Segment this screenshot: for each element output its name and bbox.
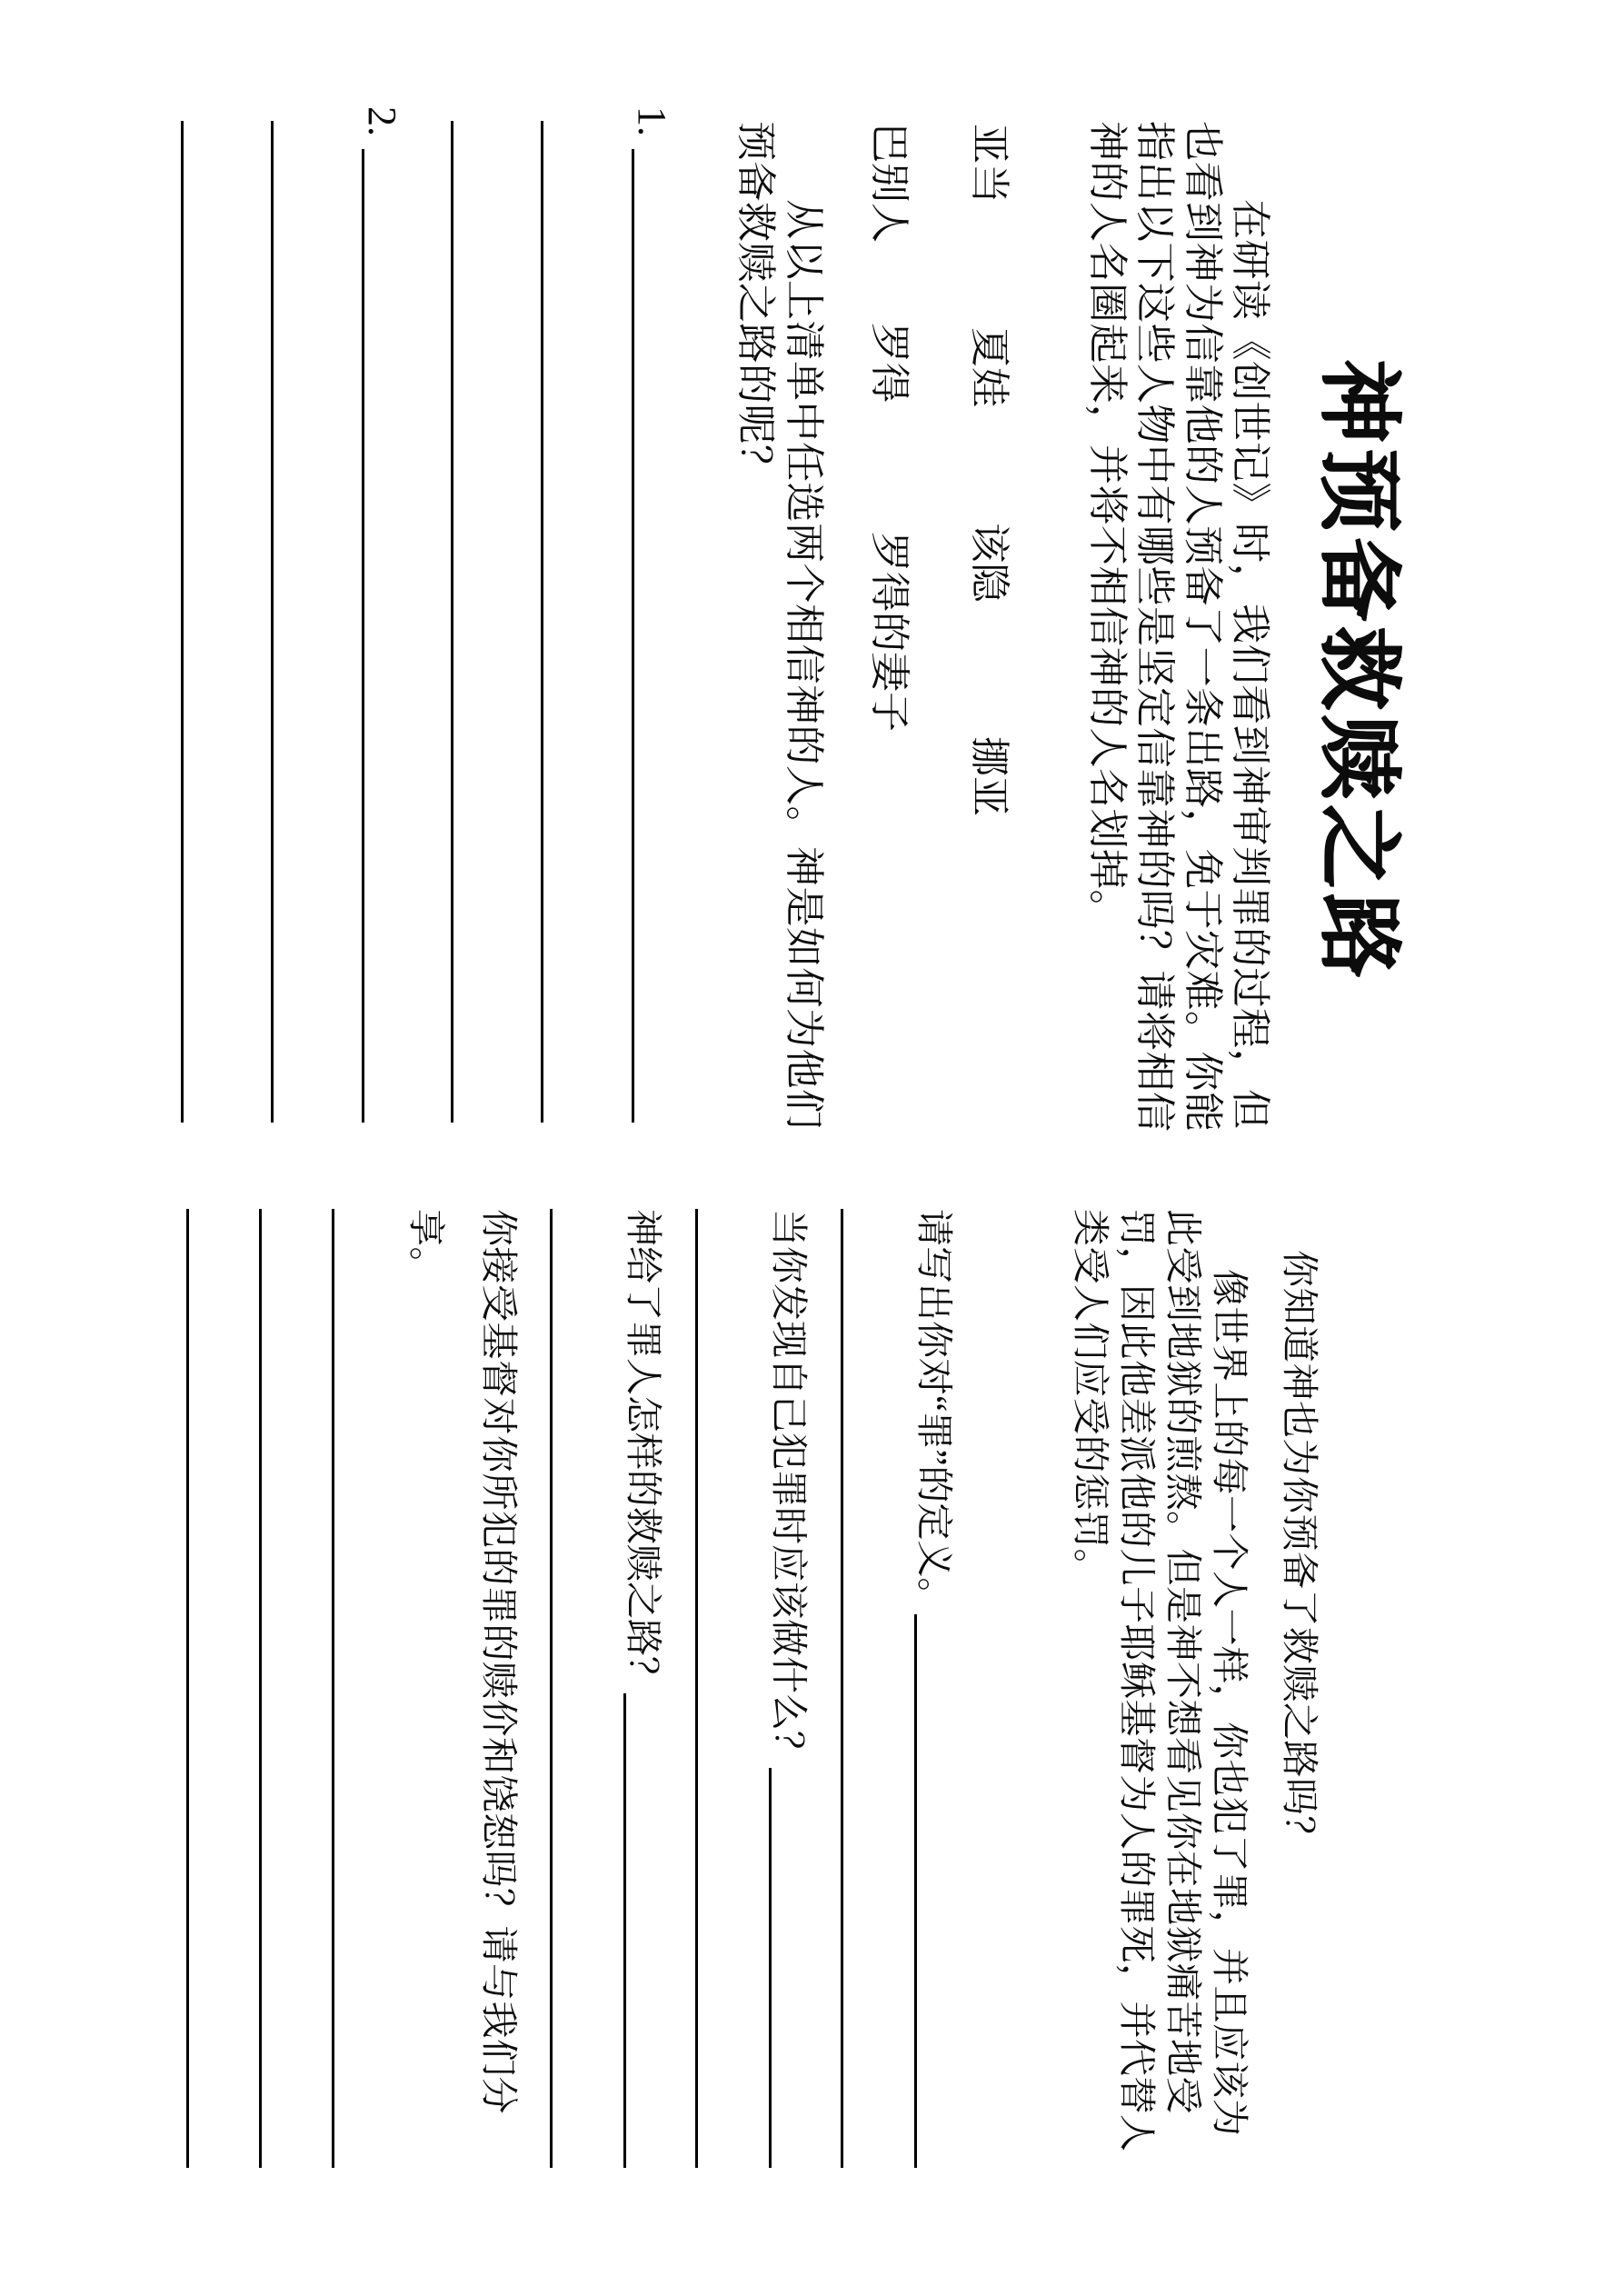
document-page: 神预备救赎之路 在研读《创世记》时，我们看到神审判罪的过程，但 也看到神为信靠他… — [0, 0, 1624, 2296]
answer-blank-line — [259, 1209, 262, 2168]
paragraph-line: 类受人们应受的惩罚。 — [1068, 1209, 1113, 1586]
answer-blank-line — [623, 1693, 667, 2168]
name-item: 罗得的妻子 — [864, 532, 922, 732]
answer-blank-line — [332, 1209, 334, 2168]
item-number: 1. — [628, 106, 675, 136]
name-item: 巴别人 — [864, 123, 922, 243]
paragraph-line: 罚，因此他差派他的儿子耶稣基督为人的罪死，并代替人 — [1114, 1209, 1160, 2152]
name-item: 该隐 — [964, 523, 1022, 603]
answer-blank-line — [769, 1768, 812, 2168]
answer-blank-line — [550, 1209, 553, 2168]
item-number: 2. — [358, 106, 405, 136]
name-item: 罗得 — [864, 323, 922, 403]
name-item: 夏娃 — [964, 327, 1022, 407]
answer-blank-line — [841, 1209, 843, 2168]
question-with-blank: 神给了罪人怎样的救赎之路？ — [620, 1209, 667, 2168]
question-line: 从以上清单中任选两个相信神的人。神是如何为他们 — [780, 121, 827, 1130]
answer-line-2: 2. — [358, 106, 405, 1123]
answer-blank-line — [914, 1614, 958, 2168]
question-text: 请写出你对“罪”的定义。 — [911, 1209, 958, 1614]
question-with-blank: 请写出你对“罪”的定义。 — [911, 1209, 958, 2168]
answer-blank-line — [632, 149, 675, 1123]
question-with-blank: 当你发现自己犯罪时应该做什么？ — [765, 1209, 812, 2168]
answer-line-1: 1. — [628, 106, 675, 1123]
paragraph-line: 也看到神为信靠他的人预备了一条出路，免于灾难。你能 — [1179, 121, 1226, 1133]
paragraph-line: 此受到地狱的煎熬。但是神不想看见你在地狱痛苦地受 — [1161, 1209, 1206, 2114]
question-line: 预备救赎之路的呢？ — [732, 121, 779, 485]
section-heading: 你知道神也为你预备了救赎之路吗？ — [1277, 1209, 1322, 1853]
left-column: 神预备救赎之路 在研读《创世记》时，我们看到神审判罪的过程，但 也看到神为信靠他… — [0, 0, 1624, 1148]
answer-blank-line — [362, 149, 405, 1123]
document-scan: 神预备救赎之路 在研读《创世记》时，我们看到神审判罪的过程，但 也看到神为信靠他… — [0, 0, 1624, 2296]
paragraph-line: 像世界上的每一个人一样，你也犯了罪，并且应该为 — [1207, 1209, 1252, 2137]
question-text: 享。 — [404, 1209, 449, 1284]
paragraph-line: 在研读《创世记》时，我们看到神审判罪的过程，但 — [1226, 121, 1273, 1130]
page-title: 神预备救赎之路 — [1306, 359, 1426, 983]
answer-blank-line — [451, 121, 453, 1123]
answer-blank-line — [271, 121, 274, 1123]
paragraph-line: 神的人名圈起来，并将不相信神的人名划掉。 — [1083, 121, 1131, 930]
name-item: 亚当 — [964, 124, 1022, 204]
answer-blank-line — [695, 1209, 698, 2168]
question-text: 神给了罪人怎样的救赎之路？ — [620, 1209, 667, 1693]
name-item: 挪亚 — [964, 736, 1022, 816]
question-text: 你接受基督对你所犯的罪的赎价和饶恕吗？请与我们分 — [476, 1209, 522, 2114]
paragraph-line: 指出以下这些人物中有哪些是坚定信靠神的吗？请将相信 — [1131, 121, 1178, 1133]
answer-blank-line — [186, 1209, 189, 2168]
question-text: 当你发现自己犯罪时应该做什么？ — [765, 1209, 812, 1768]
answer-blank-line — [181, 121, 184, 1123]
right-column: 你知道神也为你预备了救赎之路吗？ 像世界上的每一个人一样，你也犯了罪，并且应该为… — [0, 1148, 1624, 2296]
answer-blank-line — [541, 121, 543, 1123]
